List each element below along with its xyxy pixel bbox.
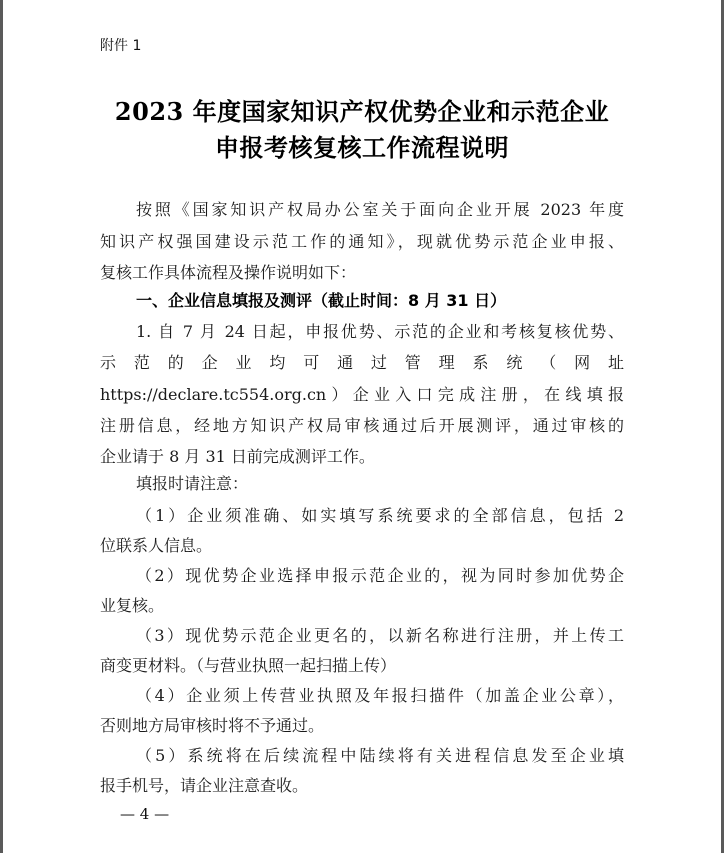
item1-line: 1. 自 7 月 24 日起，申报优势、示范的企业和考核复核优势、 <box>136 322 624 342</box>
note-line: 报手机号，请企业注意查收。 <box>100 776 624 796</box>
note-line: 业复核。 <box>100 596 624 616</box>
item1-line: 示 范 的 企 业 均 可 通 过 管 理 系 统 （ 网 址 <box>100 353 624 373</box>
note-line: （4）企业须上传营业执照及年报扫描件（加盖企业公章）， <box>136 686 624 706</box>
item1-line: 企业请于 8 月 31 日前完成测评工作。 <box>100 447 624 467</box>
note-line: （1）企业须准确、如实填写系统要求的全部信息，包括 2 <box>136 506 624 526</box>
page-number: — 4 — <box>120 805 169 823</box>
document-title-line2: 申报考核复核工作流程说明 <box>0 128 724 163</box>
item1-line-url: https://declare.tc554.org.cn）企业入口完成注册，在线… <box>100 385 624 405</box>
note-line: 否则地方局审核时将不予通过。 <box>100 716 624 736</box>
document-title-line1: 2023 年度国家知识产权优势企业和示范企业 <box>0 92 724 127</box>
intro-line: 知识产权强国建设示范工作的通知》，现就优势示范企业申报、 <box>100 232 624 252</box>
attachment-label: 附件 1 <box>100 35 141 55</box>
intro-line: 复核工作具体流程及操作说明如下： <box>100 263 624 283</box>
note-line: 商变更材料。（与营业执照一起扫描上传） <box>100 656 624 676</box>
note-line: （2）现优势企业选择申报示范企业的，视为同时参加优势企 <box>136 566 624 586</box>
note-line: （5）系统将在后续流程中陆续将有关进程信息发至企业填 <box>136 746 624 766</box>
item1-line: 注册信息，经地方知识产权局审核通过后开展测评，通过审核的 <box>100 416 624 436</box>
notes-heading: 填报时请注意： <box>136 474 624 494</box>
note-line: （3）现优势示范企业更名的，以新名称进行注册，并上传工 <box>136 626 624 646</box>
note-line: 位联系人信息。 <box>100 536 624 556</box>
intro-line: 按照《国家知识产权局办公室关于面向企业开展 2023 年度 <box>136 200 624 220</box>
section-heading: 一、企业信息填报及测评（截止时间：8 月 31 日） <box>136 291 624 311</box>
